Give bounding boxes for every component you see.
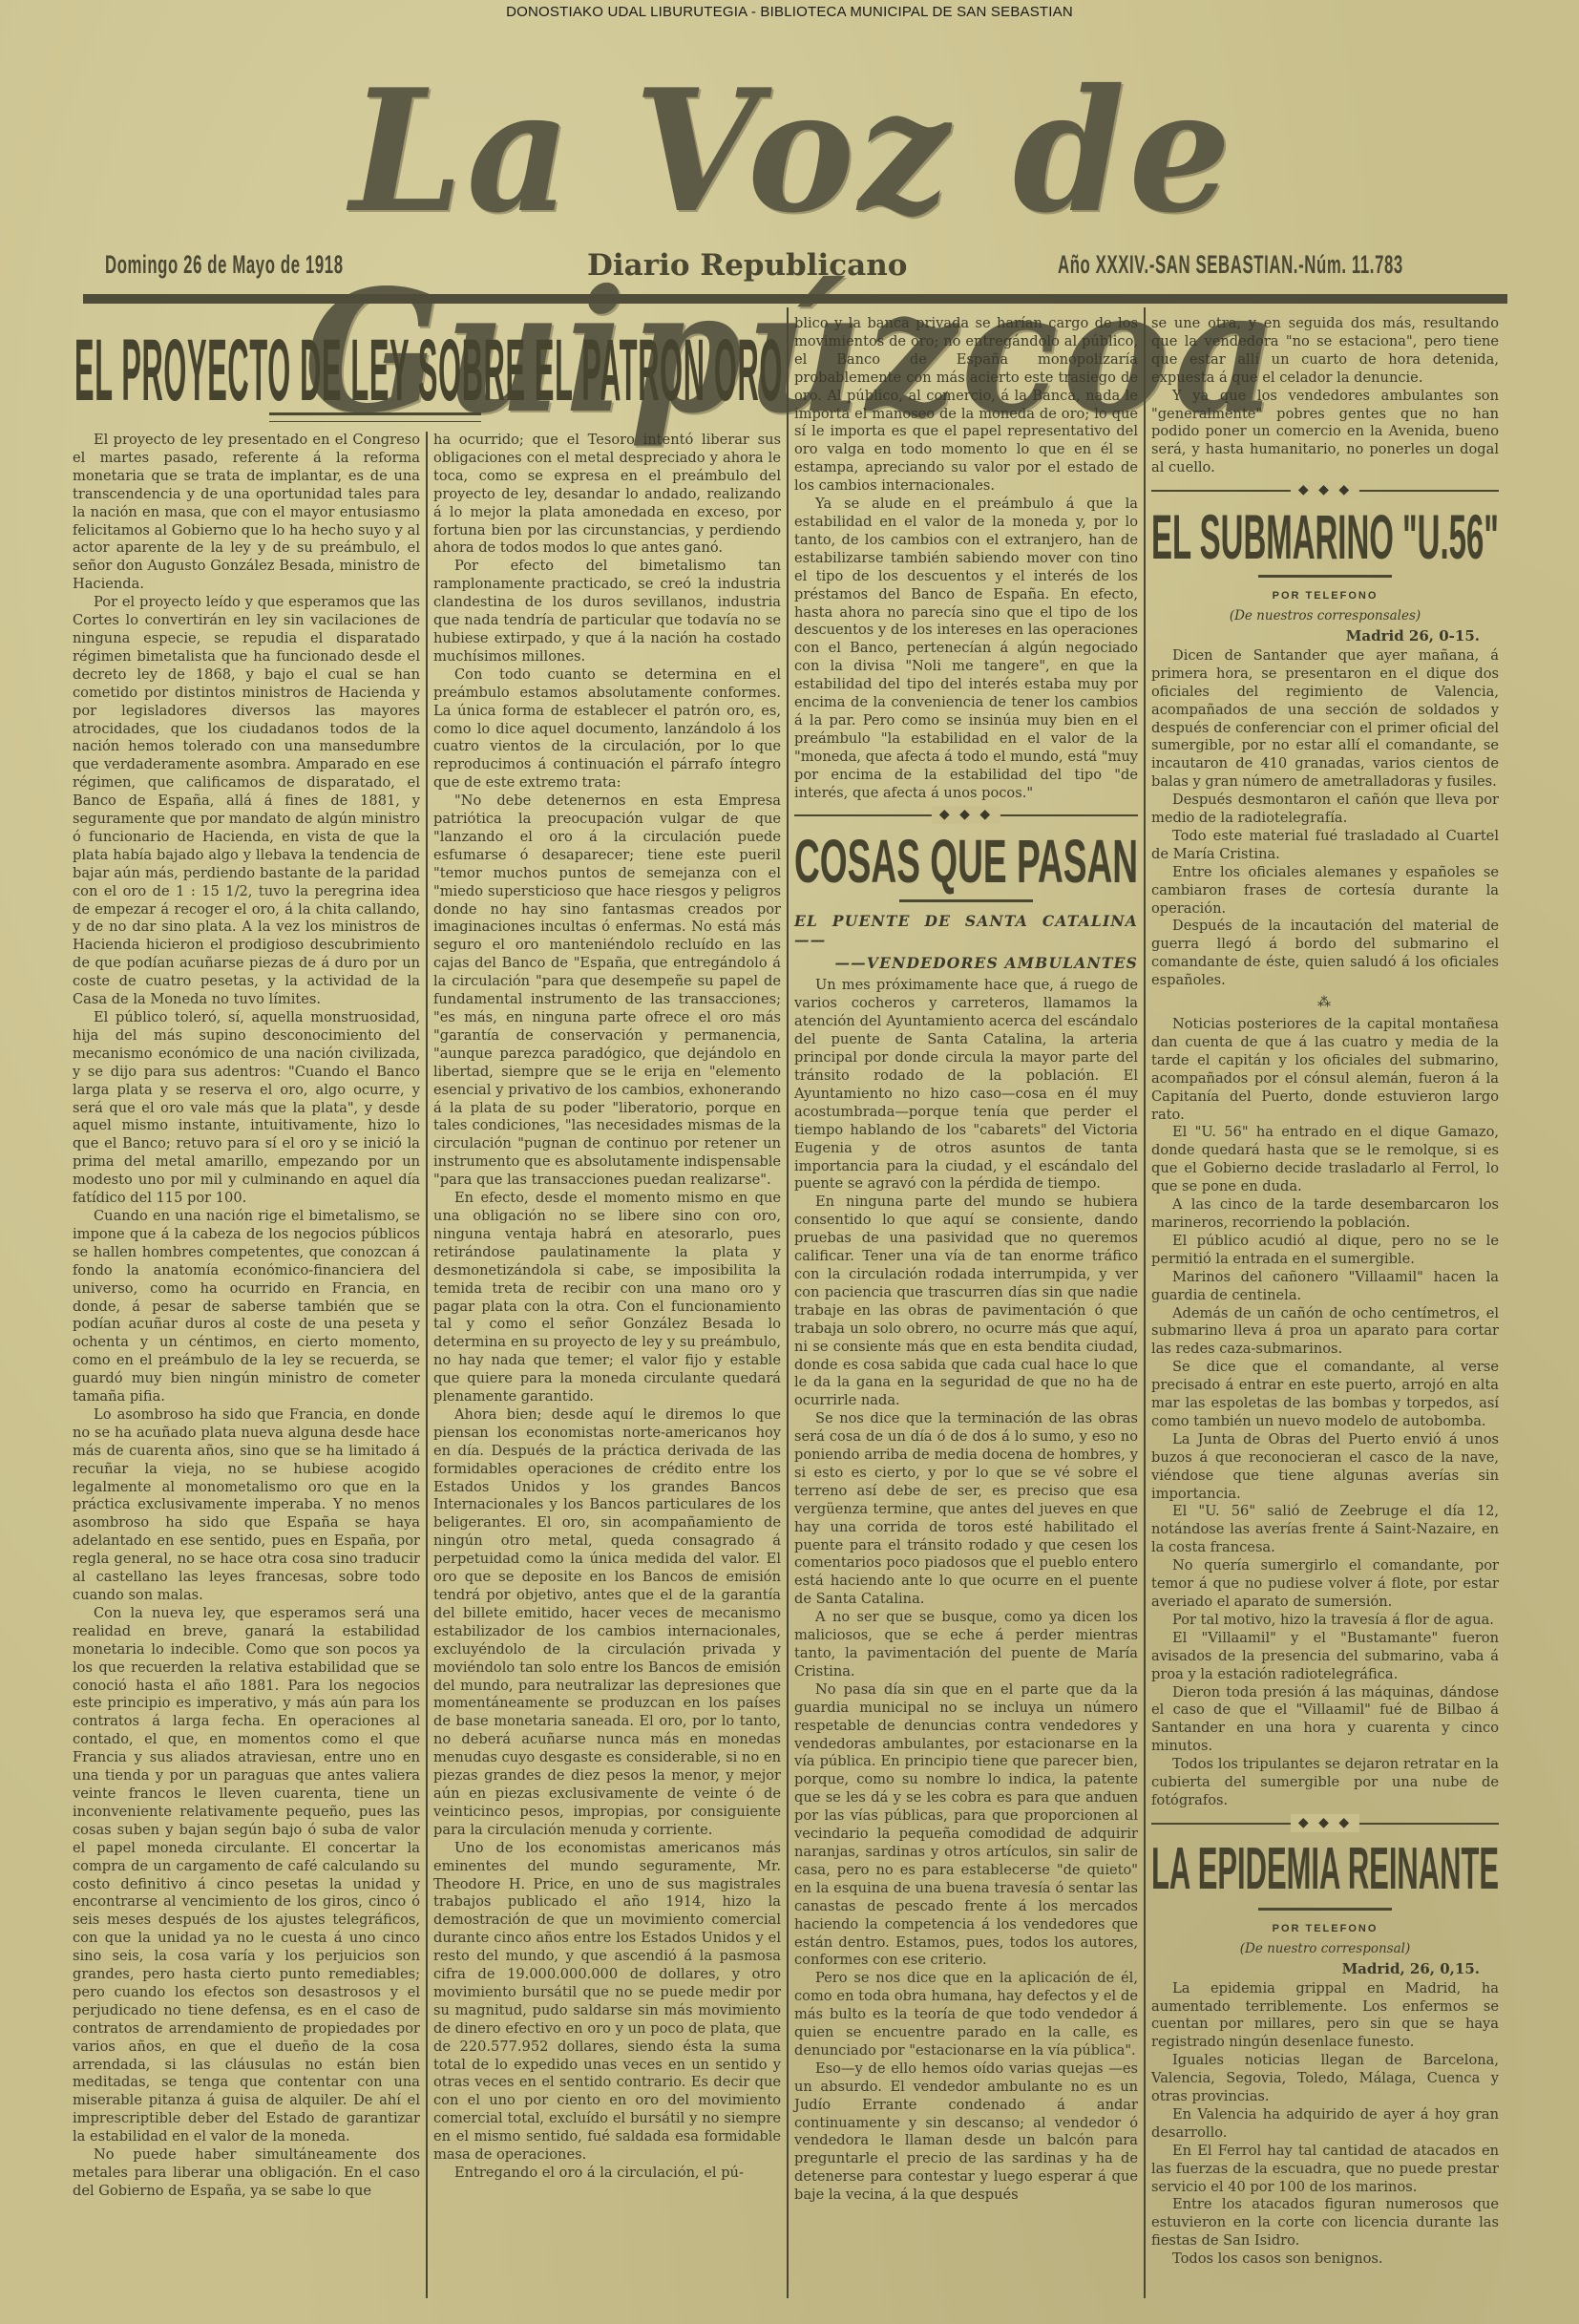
paragraph: En Valencia ha adquirido de ayer á hoy g… [1151,2106,1499,2143]
column-1: El proyecto de ley presentado en el Cong… [73,432,420,2201]
column-4: se une otra, y en seguida dos más, resul… [1151,315,1499,2269]
paragraph: En El Ferrol hay tal cantidad de atacado… [1151,2143,1499,2197]
headline-rule [1258,575,1392,578]
paragraph: Por el proyecto leído y que esperamos qu… [73,594,420,1009]
article-body-cosas-que-pasan-cont: se une otra, y en seguida dos más, resul… [1151,315,1499,477]
kicker-telefono: POR TELEFONO [1151,587,1499,605]
paragraph: Todos los casos son benignos. [1151,2250,1499,2269]
paragraph: A las cinco de la tarde desembarcaron lo… [1151,1196,1499,1233]
subhead-puente: EL PUENTE DE SANTA CATALINA—— [794,912,1138,950]
paragraph: Con la nueva ley, que esperamos será una… [73,1605,420,2146]
headline-patron-oro: EL PROYECTO DE LEY SOBRE EL PATRON ORO [74,323,783,418]
paragraph: blico y la banca privada se harían cargo… [794,315,1138,496]
paragraph: La Junta de Obras del Puerto envió á uno… [1151,1431,1499,1504]
article-body-patron-oro-3: blico y la banca privada se harían cargo… [794,315,1138,802]
paragraph: Entregando el oro á la circulación, el p… [433,2165,781,2183]
paragraph: Se dice que el comandante, al verse prec… [1151,1359,1499,1431]
paragraph: Todo este material fué trasladado al Cua… [1151,828,1499,864]
masthead-subline: Domingo 26 de Mayo de 1918 Diario Republ… [57,250,1527,288]
ornamental-divider: ◆ ◆ ◆ [1151,1820,1499,1828]
ornamental-divider: ◆ ◆ ◆ [1151,487,1499,495]
article-body-submarino: Dicen de Santander que ayer mañana, á pr… [1151,647,1499,990]
paragraph: Lo asombroso ha sido que Francia, en don… [73,1406,420,1605]
paragraph: "No debe detenernos en esta Empresa patr… [433,792,781,1190]
paragraph: Ya se alude en el preámbulo á que la est… [794,496,1138,802]
dateline: Madrid, 26, 0,15. [1151,1960,1480,1978]
article-body-patron-oro-2: ha ocurrido; que el Tesoro intentó liber… [433,432,781,2183]
paragraph: Iguales noticias llegan de Barcelona, Va… [1151,2052,1499,2106]
paragraph: Todos los tripulantes se dejaron retrata… [1151,1756,1499,1810]
paragraph: El público toleró, sí, aquella monstruos… [73,1009,420,1208]
article-body-patron-oro-1: El proyecto de ley presentado en el Cong… [73,432,420,2201]
paragraph: En ninguna parte del mundo se hubiera co… [794,1194,1138,1410]
paragraph: No pasa día sin que en el parte que da l… [794,1681,1138,1971]
paragraph: La epidemia grippal en Madrid, ha aument… [1151,1980,1499,2053]
paragraph: Después desmontaron el cañón que lleva p… [1151,792,1499,828]
subhead-vendedores: ——VENDEDORES AMBULANTES [794,954,1138,973]
paragraph: Por tal motivo, hizo la travesía á flor … [1151,1612,1499,1630]
paragraph: Además de un cañón de ocho centímetros, … [1151,1305,1499,1360]
paragraph: Después de la incautación del material d… [1151,918,1499,990]
column-3: blico y la banca privada se harían cargo… [794,315,1138,2205]
archive-label: DONOSTIAKO UDAL LIBURUTEGIA - BIBLIOTECA… [0,4,1579,20]
column-2: ha ocurrido; que el Tesoro intentó liber… [433,432,781,2183]
paragraph: Entre los atacados figuran numerosos que… [1151,2196,1499,2250]
paragraph: Cuando en una nación rige el bimetalismo… [73,1208,420,1406]
paragraph: A no ser que se busque, como ya dicen lo… [794,1609,1138,1681]
paragraph: se une otra, y en seguida dos más, resul… [1151,315,1499,388]
kicker-telefono: POR TELEFONO [1151,1920,1499,1938]
paragraph: Dicen de Santander que ayer mañana, á pr… [1151,647,1499,792]
paragraph: Se nos dice que la terminación de las ob… [794,1410,1138,1609]
paragraph: El proyecto de ley presentado en el Cong… [73,432,420,594]
tagline: Diario Republicano [587,248,907,283]
paragraph: Dieron toda presión á las máquinas, dánd… [1151,1684,1499,1757]
paragraph: Con todo cuanto se determina en el preám… [433,666,781,792]
paragraph: Pero se nos dice que en la aplicación de… [794,1970,1138,2060]
paragraph: El público acudió al dique, pero no se l… [1151,1233,1499,1269]
issue-date: Domingo 26 de Mayo de 1918 [105,250,344,280]
column-divider [1144,307,1146,2298]
byline: (De nuestros corresponsales) [1151,607,1499,625]
paragraph: Marinos del cañonero "Villaamil" hacen l… [1151,1269,1499,1305]
column-divider [787,307,789,2298]
paragraph: ha ocurrido; que el Tesoro intentó liber… [433,432,781,558]
column-divider [426,432,428,2298]
paragraph: No puede haber simultáneamente dos metal… [73,2146,420,2201]
paragraph: Ahora bien; desde aquí le diremos lo que… [433,1406,781,1840]
article-body-cosas-que-pasan: Un mes próximamente hace que, á ruego de… [794,977,1138,2205]
paragraph: Y ya que los vendedores ambulantes son "… [1151,388,1499,478]
headline-rule [1258,1908,1392,1911]
newspaper-masthead: La Voz de Guipúzcoa [57,51,1527,251]
dateline: Madrid 26, 0-15. [1151,627,1480,645]
article-body-epidemia: La epidemia grippal en Madrid, ha aument… [1151,1980,1499,2270]
masthead-rule [83,294,1507,304]
article-body-submarino-2: Noticias posteriores de la capital monta… [1151,1016,1499,1810]
section-separator: ⁂ [1151,994,1499,1012]
paragraph: Entre los oficiales alemanes y españoles… [1151,864,1499,919]
paragraph: Eso—y de ello hemos oído varias quejas —… [794,2060,1138,2205]
paragraph: El "U. 56" salió de Zeebruge el día 12, … [1151,1503,1499,1557]
paragraph: Noticias posteriores de la capital monta… [1151,1016,1499,1124]
issue-number: Año XXXIV.-SAN SEBASTIAN.-Núm. 11.783 [1058,250,1403,280]
paragraph: El "U. 56" ha entrado en el dique Gamazo… [1151,1124,1499,1196]
paragraph: Uno de los economistas americanos más em… [433,1840,781,2165]
paragraph: Un mes próximamente hace que, á ruego de… [794,977,1138,1194]
paragraph: El "Villaamil" y el "Bustamante" fueron … [1151,1630,1499,1684]
headline-cosas-que-pasan: COSAS QUE PASAN [794,829,994,894]
paragraph: Por efecto del bimetalismo tan ramplonam… [433,558,781,666]
byline: (De nuestro corresponsal) [1151,1940,1499,1958]
paragraph: No quería sumergirlo el comandante, por … [1151,1557,1499,1612]
ornamental-divider: ◆ ◆ ◆ [794,812,1138,819]
headline-submarino: EL SUBMARINO "U.56" [1151,504,1325,569]
headline-epidemia: LA EPIDEMIA REINANTE [1151,1837,1325,1902]
headline-rule [269,412,481,422]
headline-rule [899,899,1033,902]
paragraph: En efecto, desde el momento mismo en que… [433,1190,781,1406]
